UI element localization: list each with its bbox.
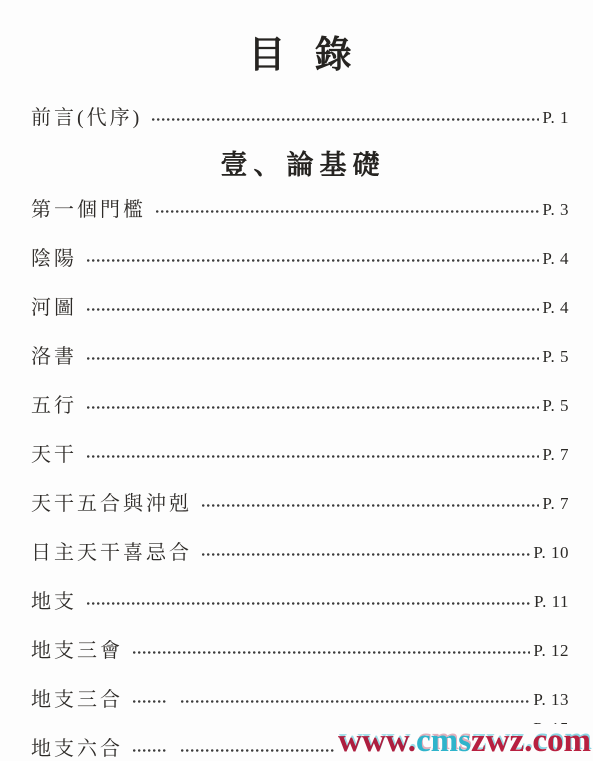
toc-entry: 洛書P. 5 [31,346,569,368]
dot-leader [181,700,530,703]
toc-entry: 前言(代序)P. 1 [31,107,569,129]
toc-entry: 地支三合P. 13 [31,689,569,711]
toc-entry-page: P. 5 [539,395,569,417]
toc-entry-label: 洛書 [31,346,87,368]
dot-leader [202,553,530,556]
toc-entry: 河圖P. 4 [31,297,569,319]
toc-entry-page: P. 10 [530,542,569,564]
toc-entry-page: P. 4 [539,297,569,319]
toc-entry-label: 地支三合 [31,689,133,711]
toc-entry-page: P. 7 [539,444,569,466]
toc-entry-label: 陰陽 [31,248,87,270]
toc-entry-page: P. 1 [539,107,569,129]
toc-entry-label: 五行 [31,395,87,417]
dot-leader [87,602,531,605]
watermark-text-segment: com [532,723,591,759]
toc-entry-label: 第一個門檻 [31,199,156,221]
toc-entry: 第一個門檻P. 3 [31,199,569,221]
dot-leader [156,210,539,213]
dot-leader [133,651,530,654]
toc-entry-label: 天干五合與沖剋 [31,493,202,515]
toc-entry: 日主天干喜忌合P. 10 [31,542,569,564]
dot-leader-short [133,700,167,703]
toc-entry: 五行P. 5 [31,395,569,417]
toc-entry: 地支三會P. 12 [31,640,569,662]
toc-entry-label: 日主天干喜忌合 [31,542,202,564]
toc-page: 目 錄 前言(代序)P. 1壹、論基礎第一個門檻P. 3陰陽P. 4河圖P. 4… [0,0,593,761]
toc-entry-page: P. 13 [530,689,569,711]
toc-list: 前言(代序)P. 1壹、論基礎第一個門檻P. 3陰陽P. 4河圖P. 4洛書P.… [31,107,569,760]
toc-entry-page: P. 11 [531,591,569,613]
dot-leader [87,259,539,262]
toc-entry-page: P. 7 [539,493,569,515]
toc-entry-label: 前言(代序) [31,107,152,129]
watermark-text-segment: zwz. [471,723,532,759]
toc-entry-page: P. 4 [539,248,569,270]
dot-leader [202,504,539,507]
toc-entry: 地支P. 11 [31,591,569,613]
toc-entry: 天干P. 7 [31,444,569,466]
dot-leader [152,118,539,121]
dot-leader [87,308,539,311]
watermark-text-segment: www. [338,723,416,759]
toc-entry-label: 河圖 [31,297,87,319]
toc-entry: 天干五合與沖剋P. 7 [31,493,569,515]
toc-entry-label: 地支 [31,591,87,613]
toc-entry: 陰陽P. 4 [31,248,569,270]
dot-leader-short [133,749,167,752]
toc-entry-page: P. 12 [530,640,569,662]
toc-entry-page: P. 3 [539,199,569,221]
toc-entry-page: P. 5 [539,346,569,368]
toc-entry-label: 地支三會 [31,640,133,662]
watermark-text-segment: cms [416,723,471,759]
toc-section-header: 壹、論基礎 [31,147,569,183]
toc-entry-label: 地支六合 [31,738,133,760]
dot-leader [87,357,539,360]
dot-leader [87,406,539,409]
toc-entry-label: 天干 [31,444,87,466]
page-title: 目 錄 [31,0,569,78]
dot-leader [87,455,539,458]
watermark: www.cmszwz.com [335,724,592,761]
